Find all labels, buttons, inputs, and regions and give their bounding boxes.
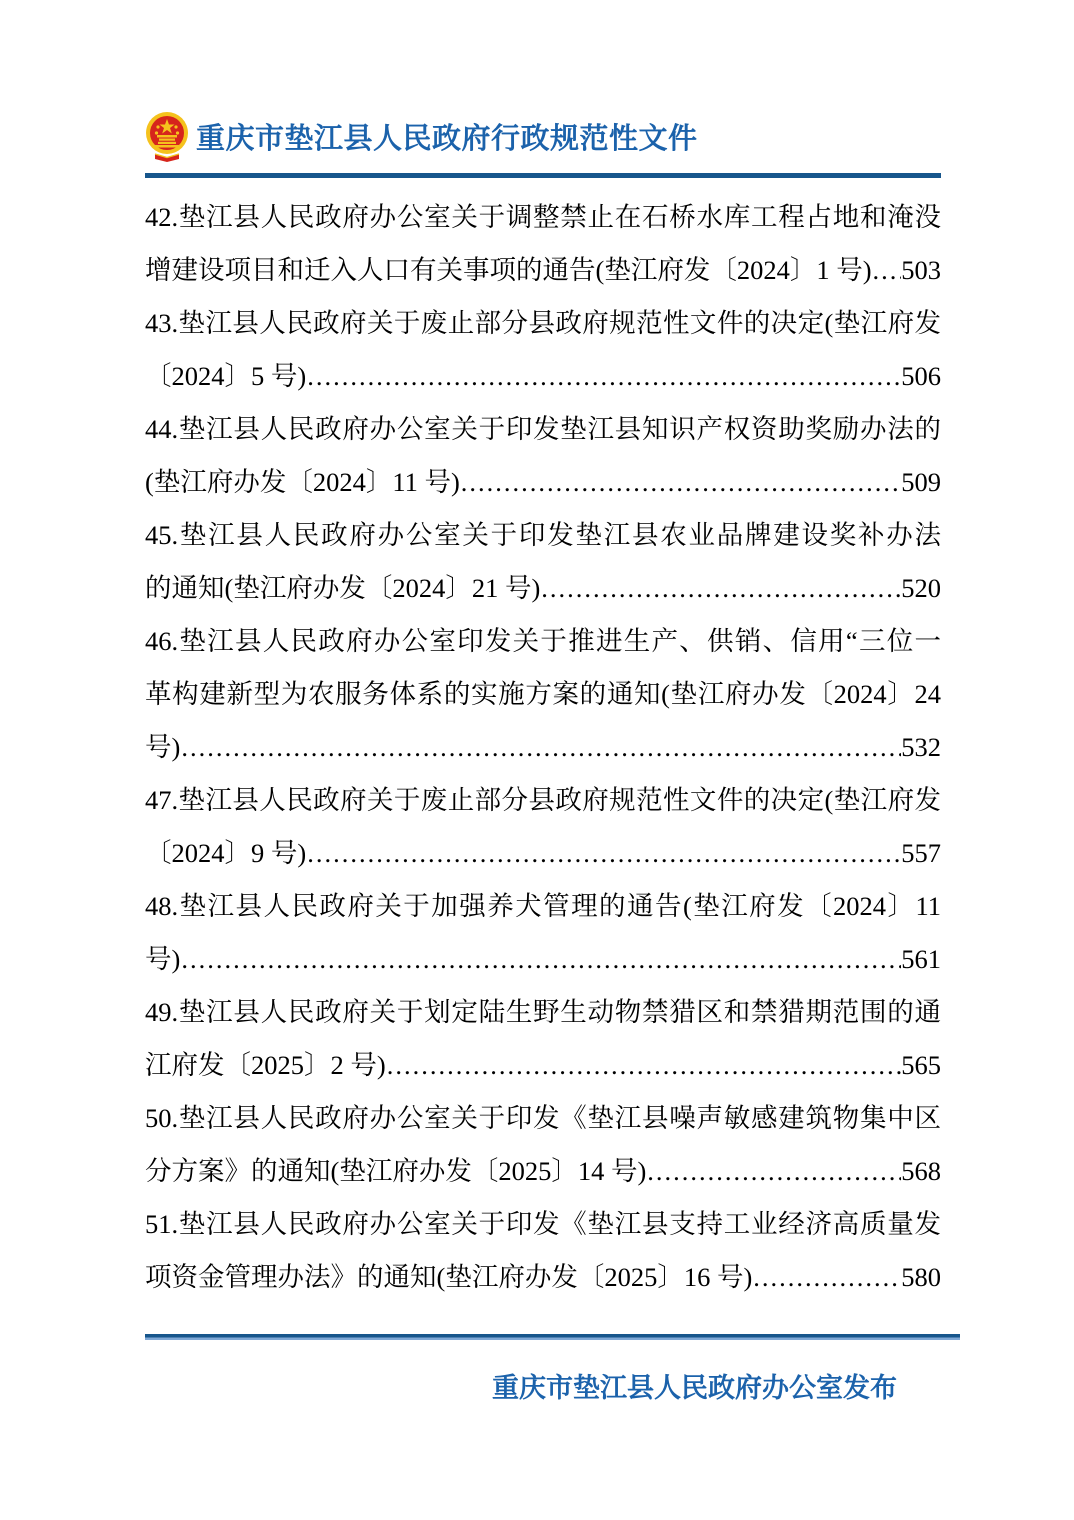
- toc-page-number: 580: [901, 1251, 941, 1304]
- toc-page-number: 568: [901, 1145, 941, 1198]
- toc-entry-line: 48.垫江县人民政府关于加强养犬管理的通告(垫江府发〔2024〕11: [145, 880, 941, 933]
- toc-entry-text: 项资金管理办法》的通知(垫江府办发〔2025〕16 号): [145, 1251, 752, 1304]
- toc-entry: 51.垫江县人民政府办公室关于印发《垫江县支持工业经济高质量发展专 项资金管理办…: [145, 1198, 941, 1304]
- national-emblem-icon: [145, 110, 189, 162]
- toc-entry-last-line: 增建设项目和迁入人口有关事项的通告(垫江府发〔2024〕1 号) .......…: [145, 244, 941, 297]
- toc-entry-text: 分方案》的通知(垫江府办发〔2025〕14 号): [145, 1145, 646, 1198]
- dot-leader: ........................................…: [180, 933, 901, 986]
- page-header: 重庆市垫江县人民政府行政规范性文件: [0, 0, 1074, 162]
- toc-page-number: 557: [901, 827, 941, 880]
- dot-leader: ........................................…: [752, 1251, 901, 1304]
- toc-page-number: 503: [901, 244, 941, 297]
- toc-entry-line: 43.垫江县人民政府关于废止部分县政府规范性文件的决定(垫江府发: [145, 297, 941, 350]
- toc-entry-last-line: 的通知(垫江府办发〔2024〕21 号) ...................…: [145, 562, 941, 615]
- document-page: 重庆市垫江县人民政府行政规范性文件 42.垫江县人民政府办公室关于调整禁止在石桥…: [0, 0, 1074, 1520]
- toc-page-number: 509: [901, 456, 941, 509]
- dot-leader: ........................................…: [306, 827, 901, 880]
- toc-entry: 44.垫江县人民政府办公室关于印发垫江县知识产权资助奖励办法的通知 (垫江府办发…: [145, 403, 941, 509]
- toc-entry-last-line: 项资金管理办法》的通知(垫江府办发〔2025〕16 号) ...........…: [145, 1251, 941, 1304]
- header-divider: [145, 173, 941, 178]
- toc-entry-line: 46.垫江县人民政府办公室印发关于推进生产、供销、信用“三位一体”改: [145, 615, 941, 668]
- dot-leader: ........................................…: [306, 350, 901, 403]
- dot-leader: ........................................…: [540, 562, 901, 615]
- toc-entry-last-line: 〔2024〕9 号) .............................…: [145, 827, 941, 880]
- toc-entry-last-line: (垫江府办发〔2024〕11 号) ......................…: [145, 456, 941, 509]
- toc-page-number: 520: [901, 562, 941, 615]
- dot-leader: ........................................…: [460, 456, 901, 509]
- toc-entry: 43.垫江县人民政府关于废止部分县政府规范性文件的决定(垫江府发 〔2024〕5…: [145, 297, 941, 403]
- toc-entry-last-line: 分方案》的通知(垫江府办发〔2025〕14 号) ...............…: [145, 1145, 941, 1198]
- toc-entry-line: 47.垫江县人民政府关于废止部分县政府规范性文件的决定(垫江府发: [145, 774, 941, 827]
- footer-divider: [145, 1334, 960, 1340]
- toc-entry-text: 江府发〔2025〕2 号): [145, 1039, 386, 1092]
- toc-entry-last-line: 号) .....................................…: [145, 721, 941, 774]
- toc-entry-line: 49.垫江县人民政府关于划定陆生野生动物禁猎区和禁猎期范围的通告(垫: [145, 986, 941, 1039]
- toc-entry-text: 〔2024〕9 号): [145, 827, 306, 880]
- dot-leader: ........................................…: [180, 721, 901, 774]
- publisher-line: 重庆市垫江县人民政府办公室发布: [145, 1366, 941, 1405]
- toc-entry: 49.垫江县人民政府关于划定陆生野生动物禁猎区和禁猎期范围的通告(垫 江府发〔2…: [145, 986, 941, 1092]
- toc-entry-last-line: 号) .....................................…: [145, 933, 941, 986]
- dot-leader: ........................................…: [646, 1145, 901, 1198]
- page-title: 重庆市垫江县人民政府行政规范性文件: [196, 116, 698, 157]
- dot-leader: ........................................…: [386, 1039, 902, 1092]
- toc-page-number: 565: [901, 1039, 941, 1092]
- toc-entry-line: 革构建新型为农服务体系的实施方案的通知(垫江府办发〔2024〕24: [145, 668, 941, 721]
- dot-leader: ........................................…: [872, 244, 902, 297]
- toc-list: 42.垫江县人民政府办公室关于调整禁止在石桥水库工程占地和淹没区新 增建设项目和…: [145, 191, 941, 1304]
- toc-page-number: 532: [901, 721, 941, 774]
- toc-entry-text: 增建设项目和迁入人口有关事项的通告(垫江府发〔2024〕1 号): [145, 244, 872, 297]
- toc-entry-text: 〔2024〕5 号): [145, 350, 306, 403]
- toc-entry: 46.垫江县人民政府办公室印发关于推进生产、供销、信用“三位一体”改革构建新型为…: [145, 615, 941, 774]
- toc-entry-text: (垫江府办发〔2024〕11 号): [145, 456, 460, 509]
- toc-entry-text: 的通知(垫江府办发〔2024〕21 号): [145, 562, 540, 615]
- toc-entry-line: 51.垫江县人民政府办公室关于印发《垫江县支持工业经济高质量发展专: [145, 1198, 941, 1251]
- toc-entry-line: 50.垫江县人民政府办公室关于印发《垫江县噪声敏感建筑物集中区域划: [145, 1092, 941, 1145]
- toc-entry-text: 号): [145, 721, 180, 774]
- toc-entry-line: 44.垫江县人民政府办公室关于印发垫江县知识产权资助奖励办法的通知: [145, 403, 941, 456]
- toc-entry-text: 号): [145, 933, 180, 986]
- toc-entry-last-line: 〔2024〕5 号) .............................…: [145, 350, 941, 403]
- toc-entry: 48.垫江县人民政府关于加强养犬管理的通告(垫江府发〔2024〕11 号) ..…: [145, 880, 941, 986]
- toc-entry: 42.垫江县人民政府办公室关于调整禁止在石桥水库工程占地和淹没区新 增建设项目和…: [145, 191, 941, 297]
- toc-entry-line: 42.垫江县人民政府办公室关于调整禁止在石桥水库工程占地和淹没区新: [145, 191, 941, 244]
- toc-entry: 47.垫江县人民政府关于废止部分县政府规范性文件的决定(垫江府发 〔2024〕9…: [145, 774, 941, 880]
- toc-entry: 50.垫江县人民政府办公室关于印发《垫江县噪声敏感建筑物集中区域划 分方案》的通…: [145, 1092, 941, 1198]
- toc-page-number: 506: [901, 350, 941, 403]
- toc-entry: 45.垫江县人民政府办公室关于印发垫江县农业品牌建设奖补办法（试行） 的通知(垫…: [145, 509, 941, 615]
- toc-page-number: 561: [901, 933, 941, 986]
- toc-entry-line: 45.垫江县人民政府办公室关于印发垫江县农业品牌建设奖补办法（试行）: [145, 509, 941, 562]
- toc-entry-last-line: 江府发〔2025〕2 号) ..........................…: [145, 1039, 941, 1092]
